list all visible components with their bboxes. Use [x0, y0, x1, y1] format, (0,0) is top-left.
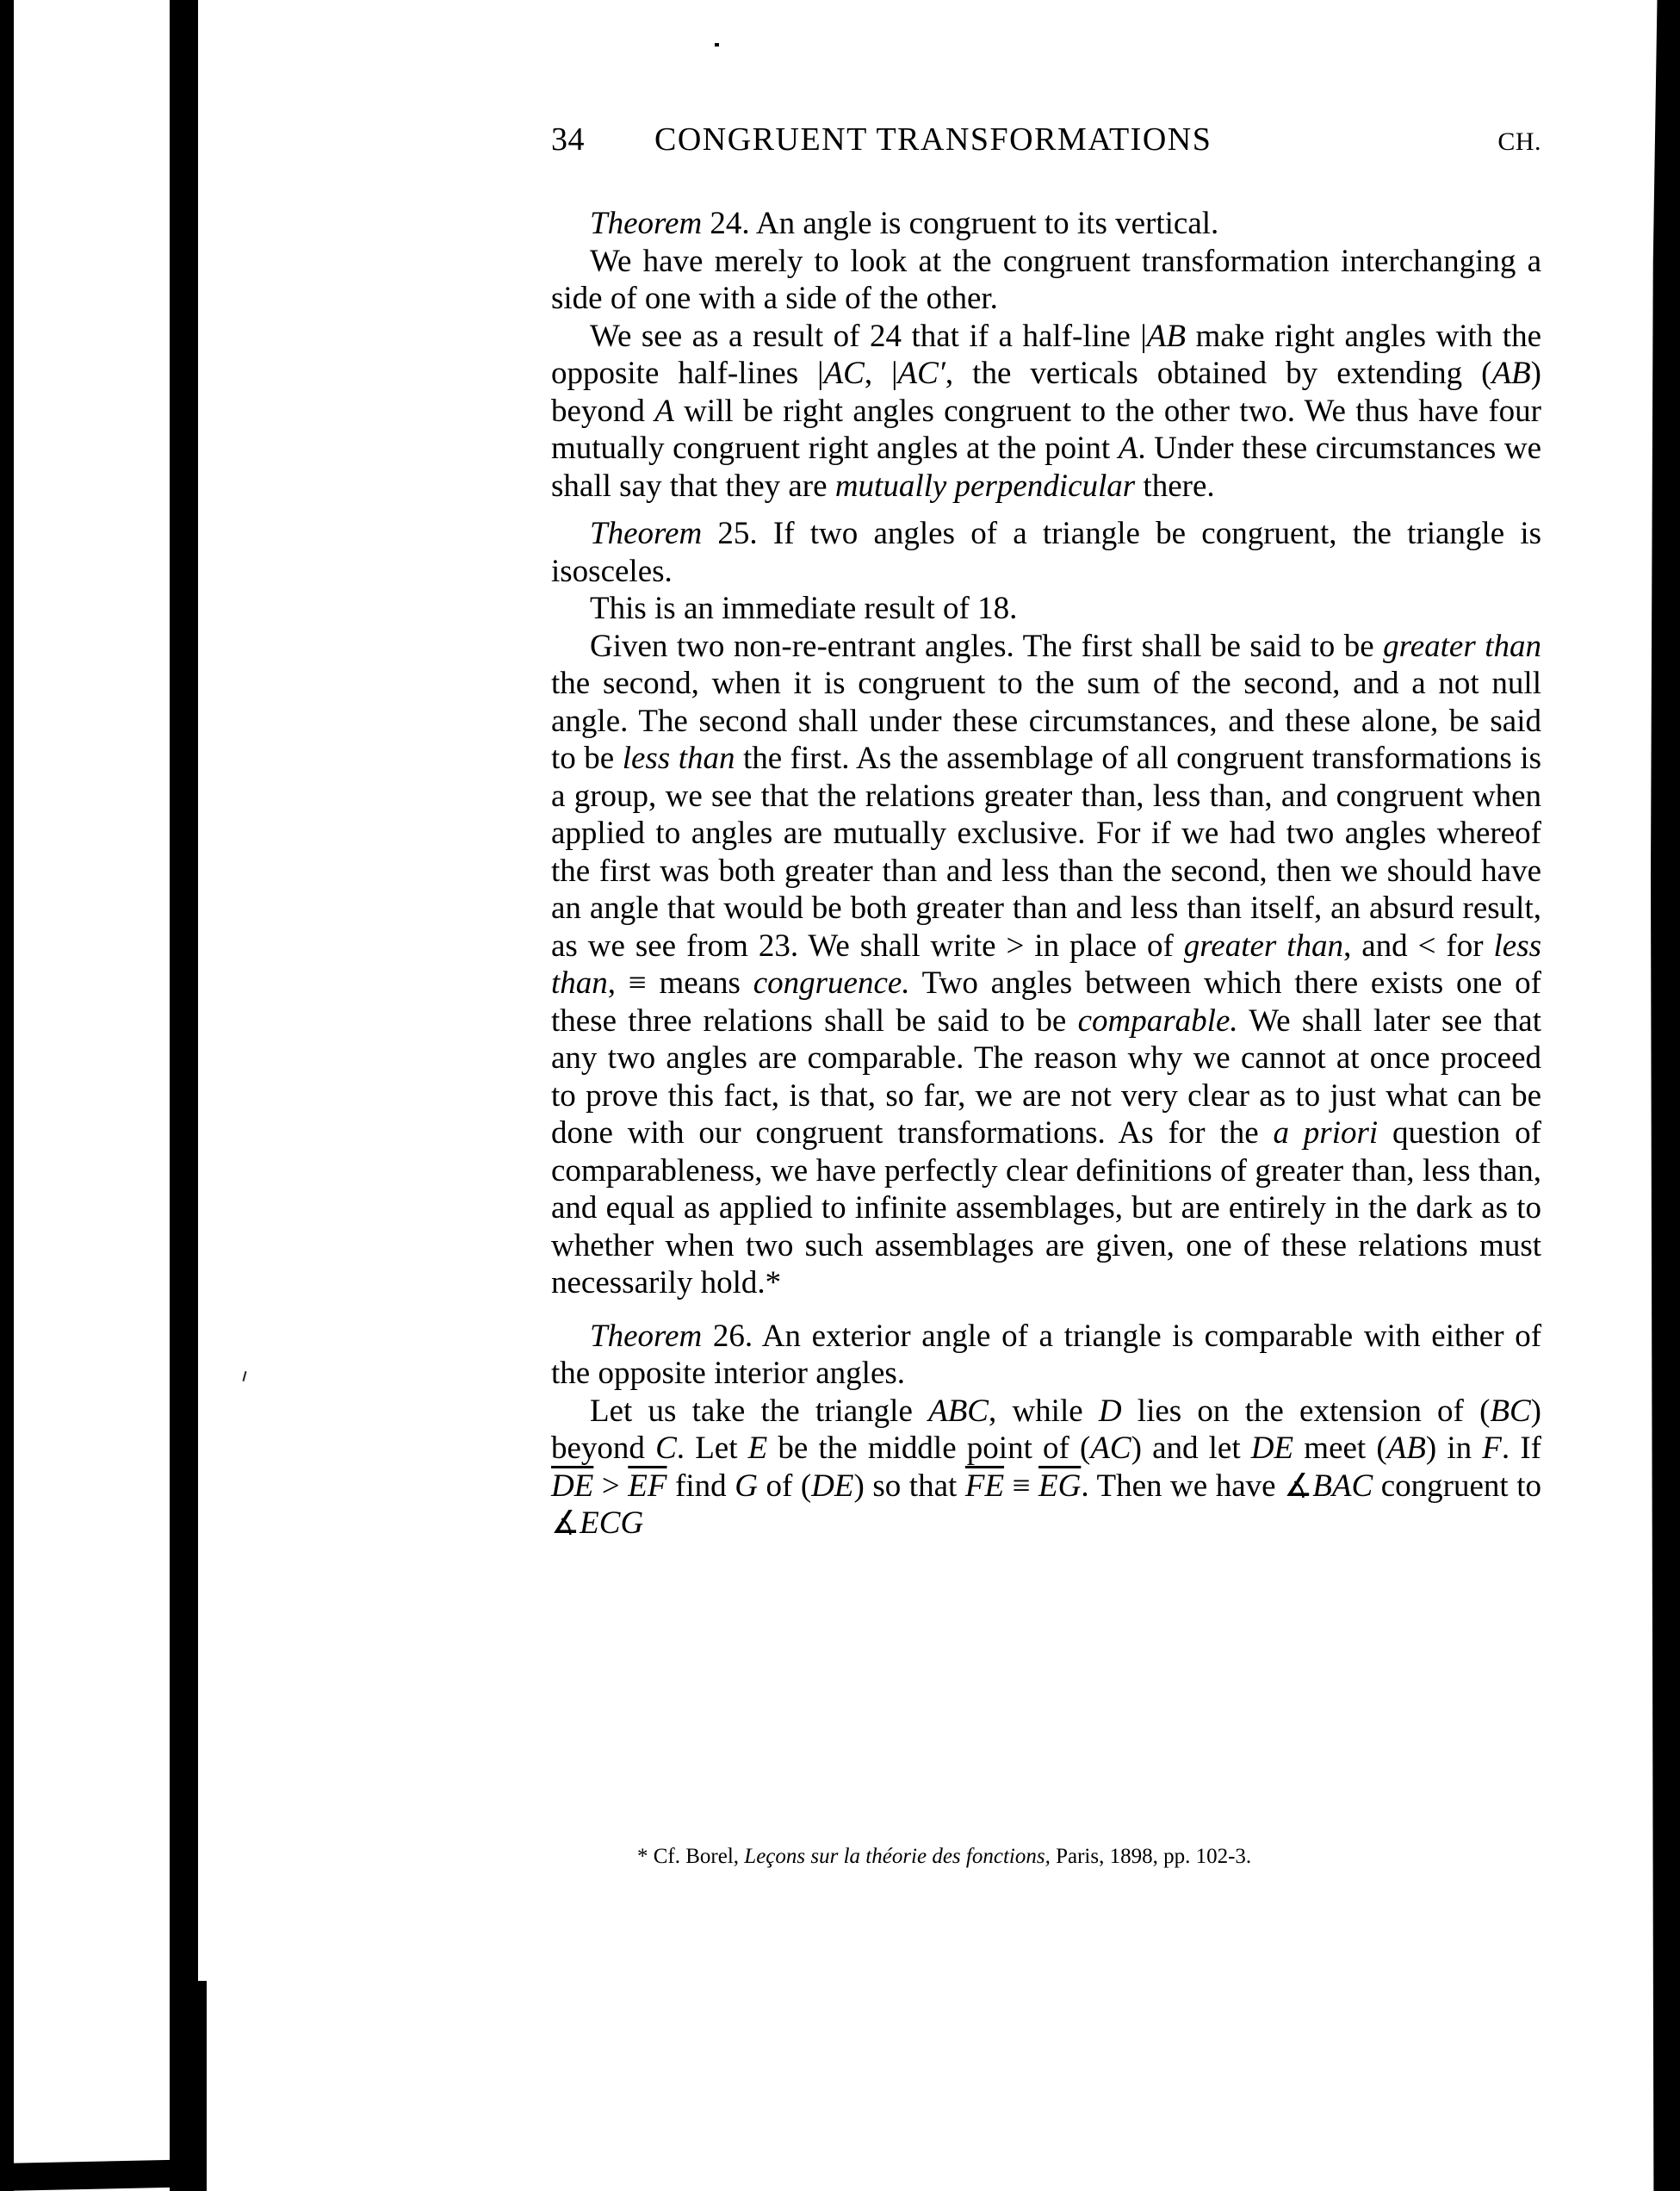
text-run: greater than	[1184, 928, 1343, 964]
segment-EG: EG	[1038, 1468, 1081, 1504]
theorem-label: Theorem	[590, 206, 702, 241]
paragraph-comparable: Given two non-re-entrant angles. The fir…	[551, 628, 1541, 1302]
segment-DE: DE	[551, 1468, 593, 1504]
text-run: AC	[1090, 1431, 1131, 1466]
text-run: AB	[1491, 356, 1530, 391]
text-run: ABC	[928, 1393, 989, 1429]
text-run: BC	[1490, 1393, 1530, 1429]
running-head: 34 CONGRUENT TRANSFORMATIONS CH.	[551, 121, 1541, 172]
angle-symbol-icon: ∡	[1284, 1468, 1312, 1504]
text-run: , ≡ means	[608, 965, 753, 1001]
text-run: DE	[811, 1468, 853, 1504]
text-run: ) in	[1426, 1431, 1482, 1466]
text-run: AC	[824, 356, 865, 391]
theorem-24: Theorem 24. An angle is congruent to its…	[551, 205, 1541, 243]
text-run: C	[655, 1431, 677, 1466]
text-run: F	[1482, 1431, 1502, 1466]
text-run: congruence.	[753, 965, 910, 1001]
text-run: DE	[1251, 1431, 1293, 1466]
text-run: , and < for	[1343, 928, 1493, 964]
text-run: greater than	[1383, 629, 1541, 664]
footnote-suffix: Paris, 1898, pp. 102-3.	[1056, 1845, 1251, 1868]
theorem-number: 24.	[710, 206, 749, 241]
footnote-prefix: Cf. Borel,	[654, 1845, 739, 1868]
text-run: be the middle point of (	[767, 1431, 1090, 1466]
theorem-label: Theorem	[590, 1319, 702, 1354]
theorem-number: 25.	[717, 516, 757, 551]
text-run: We see as a result of 24 that if a half-…	[590, 319, 1147, 354]
text-run: . Then we have	[1081, 1468, 1284, 1504]
scan-gutter-shadow	[170, 0, 198, 2191]
body-text: Theorem 24. An angle is congruent to its…	[551, 205, 1541, 1542]
text-run: a priori	[1273, 1115, 1378, 1151]
theorem-statement: An angle is congruent to its vertical.	[756, 206, 1218, 241]
text-run: ECG	[580, 1505, 643, 1541]
scan-border-right	[1651, 0, 1680, 2191]
text-run: AC′	[898, 356, 945, 391]
text-run: of (	[758, 1468, 811, 1504]
text-run: , the verticals obtained by extending (	[945, 356, 1492, 391]
text-run: ≡	[1004, 1468, 1038, 1504]
chapter-marker: CH.	[1497, 127, 1541, 157]
chapter-title: CONGRUENT TRANSFORMATIONS	[620, 121, 1497, 158]
text-run: , |	[865, 356, 898, 391]
scan-speck	[715, 43, 719, 47]
paragraph: This is an immediate result of 18.	[551, 590, 1541, 628]
paragraph-perpendicular: We see as a result of 24 that if a half-…	[551, 318, 1541, 506]
text-run: E	[748, 1431, 768, 1466]
footnote-work-title: Leçons sur la théorie des fonctions,	[744, 1845, 1051, 1868]
text-run: BAC	[1312, 1468, 1373, 1504]
scan-border-left	[0, 0, 14, 2191]
footnote: * Cf. Borel, Leçons sur la théorie des f…	[637, 1843, 1498, 1871]
text-run: . If	[1502, 1431, 1541, 1466]
segment-EF: EF	[628, 1468, 666, 1504]
term-mutually-perpendicular: mutually perpendicular	[835, 469, 1135, 504]
text-run: A	[654, 394, 674, 429]
theorem-26: Theorem 26. An exterior angle of a trian…	[551, 1318, 1541, 1393]
page-number: 34	[551, 121, 620, 158]
scan-mark	[242, 1371, 246, 1381]
text-run: there.	[1135, 469, 1214, 504]
theorem-number: 26.	[713, 1319, 753, 1354]
text-run: meet (	[1293, 1431, 1387, 1466]
term-comparable: comparable.	[1078, 1003, 1238, 1039]
text-run: AB	[1387, 1431, 1426, 1466]
text-run: >	[593, 1468, 628, 1504]
text-run: congruent to	[1373, 1468, 1541, 1504]
theorem-25: Theorem 25. If two angles of a triangle …	[551, 515, 1541, 590]
scan-border-bottom	[0, 2159, 207, 2191]
text-run: A	[1119, 431, 1138, 466]
text-run: G	[735, 1468, 758, 1504]
text-run: ) and let	[1131, 1431, 1251, 1466]
text-run: find	[667, 1468, 735, 1504]
book-page: 34 CONGRUENT TRANSFORMATIONS CH. Theorem…	[551, 121, 1541, 1542]
text-run: , while	[989, 1393, 1099, 1429]
footnote-marker: *	[637, 1845, 648, 1868]
text-run: lies on the extension of (	[1122, 1393, 1491, 1429]
text-run: . Let	[677, 1431, 748, 1466]
text-run: ) so that	[854, 1468, 965, 1504]
text-run: AB	[1147, 319, 1186, 354]
text-run: Let us take the triangle	[590, 1393, 928, 1429]
segment-FE: FE	[965, 1468, 1004, 1504]
text-run: D	[1099, 1393, 1122, 1429]
paragraph-proof-26: Let us take the triangle ABC, while D li…	[551, 1393, 1541, 1542]
theorem-label: Theorem	[590, 516, 702, 551]
angle-symbol-icon: ∡	[551, 1505, 580, 1541]
text-run: Given two non-re-entrant angles. The fir…	[590, 629, 1383, 664]
paragraph: We have merely to look at the congruent …	[551, 243, 1541, 318]
text-run: less than	[623, 741, 735, 776]
